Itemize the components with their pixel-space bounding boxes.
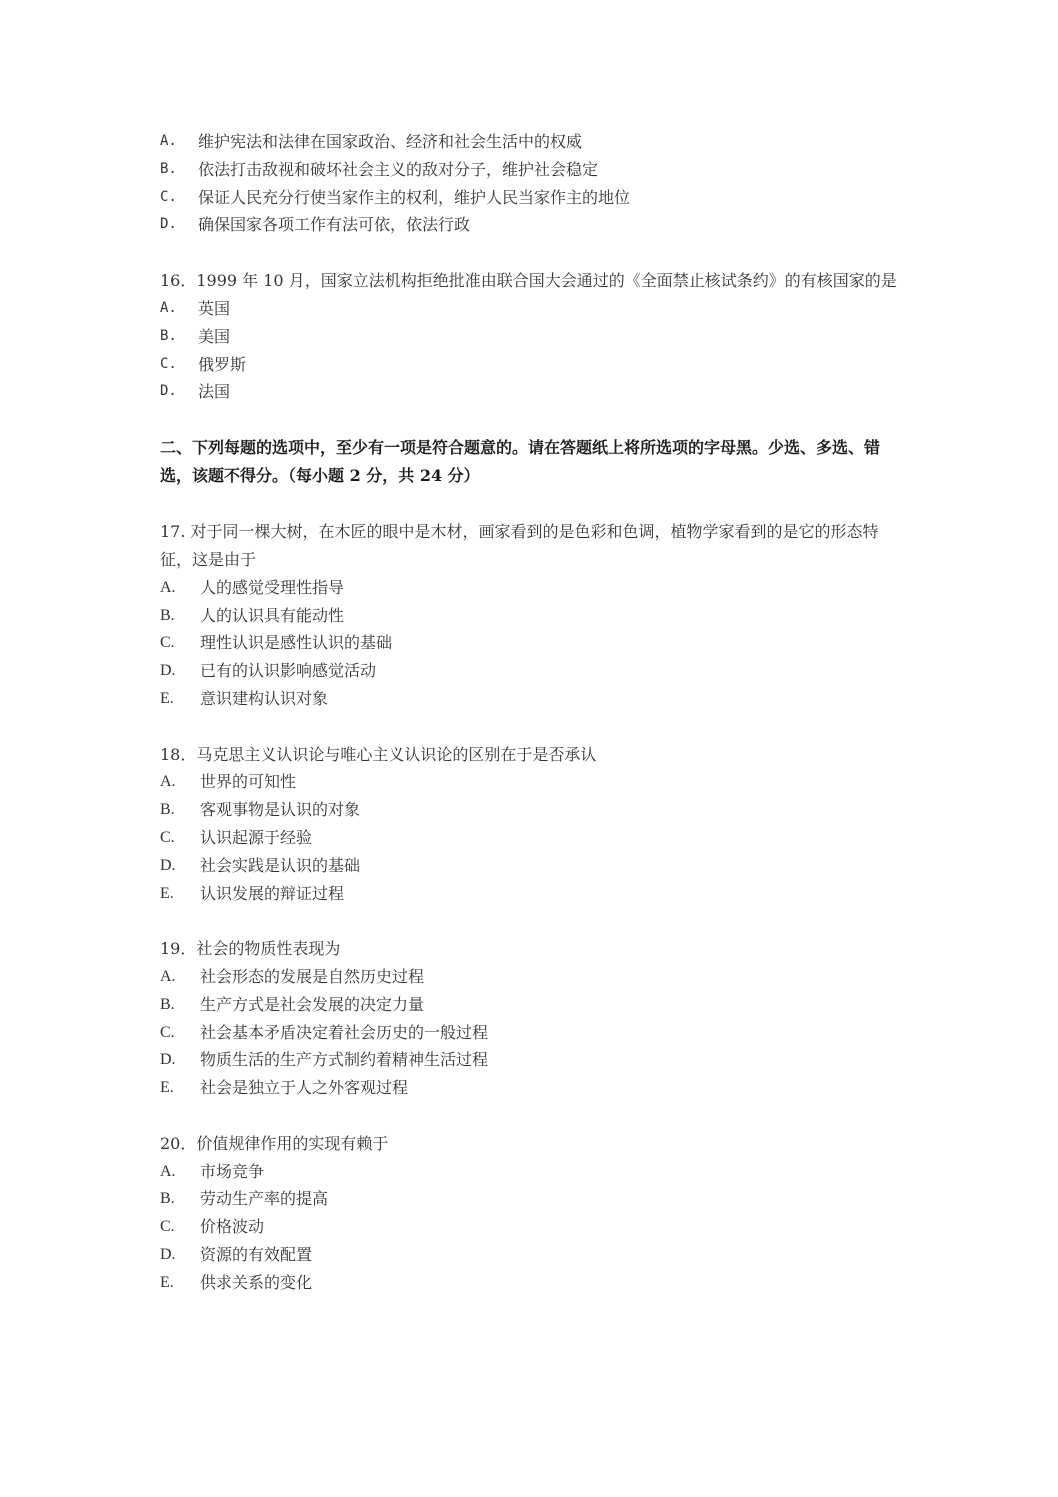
option-text: 确保国家各项工作有法可依，依法行政 xyxy=(198,211,470,239)
option-15-c: C. 保证人民充分行使当家作主的权利，维护人民当家作主的地位 xyxy=(160,184,910,212)
option-19-d: D. 物质生活的生产方式制约着精神生活过程 xyxy=(160,1046,910,1074)
option-18-b: B. 客观事物是认识的对象 xyxy=(160,796,910,824)
option-letter: B. xyxy=(160,1185,200,1213)
question-20-stem: 20．价值规律作用的实现有赖于 xyxy=(160,1130,910,1158)
question-17: 17. 对于同一棵大树，在木匠的眼中是木材，画家看到的是色彩和色调，植物学家看到… xyxy=(160,518,910,713)
option-20-c: C. 价格波动 xyxy=(160,1213,910,1241)
question-16-stem: 16．1999 年 10 月，国家立法机构拒绝批准由联合国大会通过的《全面禁止核… xyxy=(160,267,910,295)
option-letter: D. xyxy=(160,1241,200,1269)
option-16-c: C. 俄罗斯 xyxy=(160,351,910,379)
option-18-a: A. 世界的可知性 xyxy=(160,768,910,796)
option-letter: E. xyxy=(160,1269,200,1297)
option-text: 意识建构认识对象 xyxy=(200,685,328,713)
option-letter: C. xyxy=(160,1019,200,1047)
option-20-a: A. 市场竞争 xyxy=(160,1158,910,1186)
exam-page: A. 维护宪法和法律在国家政治、经济和社会生活中的权威 B. 依法打击敌视和破坏… xyxy=(160,128,910,1296)
option-text: 依法打击敌视和破坏社会主义的敌对分子，维护社会稳定 xyxy=(198,156,598,184)
option-letter: E. xyxy=(160,1074,200,1102)
option-15-b: B. 依法打击敌视和破坏社会主义的敌对分子，维护社会稳定 xyxy=(160,156,910,184)
option-letter: E. xyxy=(160,685,200,713)
question-15-options: A. 维护宪法和法律在国家政治、经济和社会生活中的权威 B. 依法打击敌视和破坏… xyxy=(160,128,910,239)
option-text: 保证人民充分行使当家作主的权利，维护人民当家作主的地位 xyxy=(198,184,630,212)
option-text: 维护宪法和法律在国家政治、经济和社会生活中的权威 xyxy=(198,128,582,156)
option-text: 社会形态的发展是自然历史过程 xyxy=(200,963,424,991)
option-18-d: D. 社会实践是认识的基础 xyxy=(160,852,910,880)
option-19-e: E. 社会是独立于人之外客观过程 xyxy=(160,1074,910,1102)
option-17-e: E. 意识建构认识对象 xyxy=(160,685,910,713)
option-letter: C. xyxy=(160,629,200,657)
option-text: 认识起源于经验 xyxy=(200,824,312,852)
option-letter: A. xyxy=(160,295,198,323)
option-16-d: D. 法国 xyxy=(160,378,910,406)
option-16-a: A. 英国 xyxy=(160,295,910,323)
option-letter: B. xyxy=(160,602,200,630)
option-text: 社会基本矛盾决定着社会历史的一般过程 xyxy=(200,1019,488,1047)
question-16: 16．1999 年 10 月，国家立法机构拒绝批准由联合国大会通过的《全面禁止核… xyxy=(160,267,910,406)
option-letter: B. xyxy=(160,991,200,1019)
option-text: 人的感觉受理性指导 xyxy=(200,574,344,602)
option-text: 英国 xyxy=(198,295,230,323)
option-text: 市场竞争 xyxy=(200,1158,264,1186)
option-19-c: C. 社会基本矛盾决定着社会历史的一般过程 xyxy=(160,1019,910,1047)
question-19: 19．社会的物质性表现为 A. 社会形态的发展是自然历史过程 B. 生产方式是社… xyxy=(160,935,910,1102)
option-letter: D. xyxy=(160,378,198,406)
option-letter: C. xyxy=(160,824,200,852)
question-17-stem: 17. 对于同一棵大树，在木匠的眼中是木材，画家看到的是色彩和色调，植物学家看到… xyxy=(160,518,910,574)
option-text: 美国 xyxy=(198,323,230,351)
option-letter: B. xyxy=(160,156,198,184)
option-letter: D. xyxy=(160,1046,200,1074)
option-letter: A. xyxy=(160,574,200,602)
option-16-b: B. 美国 xyxy=(160,323,910,351)
option-15-a: A. 维护宪法和法律在国家政治、经济和社会生活中的权威 xyxy=(160,128,910,156)
question-18-stem: 18．马克思主义认识论与唯心主义认识论的区别在于是否承认 xyxy=(160,741,910,769)
option-text: 法国 xyxy=(198,378,230,406)
option-15-d: D. 确保国家各项工作有法可依，依法行政 xyxy=(160,211,910,239)
option-18-e: E. 认识发展的辩证过程 xyxy=(160,880,910,908)
question-19-stem: 19．社会的物质性表现为 xyxy=(160,935,910,963)
option-letter: A. xyxy=(160,963,200,991)
question-20: 20．价值规律作用的实现有赖于 A. 市场竞争 B. 劳动生产率的提高 C. 价… xyxy=(160,1130,910,1297)
option-letter: D. xyxy=(160,211,198,239)
option-text: 认识发展的辩证过程 xyxy=(200,880,344,908)
option-letter: E. xyxy=(160,880,200,908)
option-20-b: B. 劳动生产率的提高 xyxy=(160,1185,910,1213)
option-text: 物质生活的生产方式制约着精神生活过程 xyxy=(200,1046,488,1074)
option-text: 社会实践是认识的基础 xyxy=(200,852,360,880)
option-text: 已有的认识影响感觉活动 xyxy=(200,657,376,685)
option-letter: A. xyxy=(160,1158,200,1186)
option-letter: C. xyxy=(160,351,198,379)
option-text: 俄罗斯 xyxy=(198,351,246,379)
option-17-c: C. 理性认识是感性认识的基础 xyxy=(160,629,910,657)
option-text: 供求关系的变化 xyxy=(200,1269,312,1297)
option-letter: A. xyxy=(160,768,200,796)
section-2-instructions: 二、下列每题的选项中，至少有一项是符合题意的。请在答题纸上将所选项的字母黑。少选… xyxy=(160,434,910,490)
option-19-a: A. 社会形态的发展是自然历史过程 xyxy=(160,963,910,991)
option-text: 价格波动 xyxy=(200,1213,264,1241)
option-text: 世界的可知性 xyxy=(200,768,296,796)
option-text: 人的认识具有能动性 xyxy=(200,602,344,630)
option-text: 社会是独立于人之外客观过程 xyxy=(200,1074,408,1102)
option-18-c: C. 认识起源于经验 xyxy=(160,824,910,852)
option-20-e: E. 供求关系的变化 xyxy=(160,1269,910,1297)
option-17-b: B. 人的认识具有能动性 xyxy=(160,602,910,630)
option-letter: B. xyxy=(160,796,200,824)
option-letter: D. xyxy=(160,657,200,685)
option-text: 劳动生产率的提高 xyxy=(200,1185,328,1213)
option-text: 资源的有效配置 xyxy=(200,1241,312,1269)
option-letter: B. xyxy=(160,323,198,351)
option-letter: C. xyxy=(160,184,198,212)
option-19-b: B. 生产方式是社会发展的决定力量 xyxy=(160,991,910,1019)
option-letter: A. xyxy=(160,128,198,156)
option-text: 客观事物是认识的对象 xyxy=(200,796,360,824)
question-18: 18．马克思主义认识论与唯心主义认识论的区别在于是否承认 A. 世界的可知性 B… xyxy=(160,741,910,908)
option-17-d: D. 已有的认识影响感觉活动 xyxy=(160,657,910,685)
option-letter: D. xyxy=(160,852,200,880)
option-text: 生产方式是社会发展的决定力量 xyxy=(200,991,424,1019)
option-20-d: D. 资源的有效配置 xyxy=(160,1241,910,1269)
option-17-a: A. 人的感觉受理性指导 xyxy=(160,574,910,602)
option-letter: C. xyxy=(160,1213,200,1241)
option-text: 理性认识是感性认识的基础 xyxy=(200,629,392,657)
